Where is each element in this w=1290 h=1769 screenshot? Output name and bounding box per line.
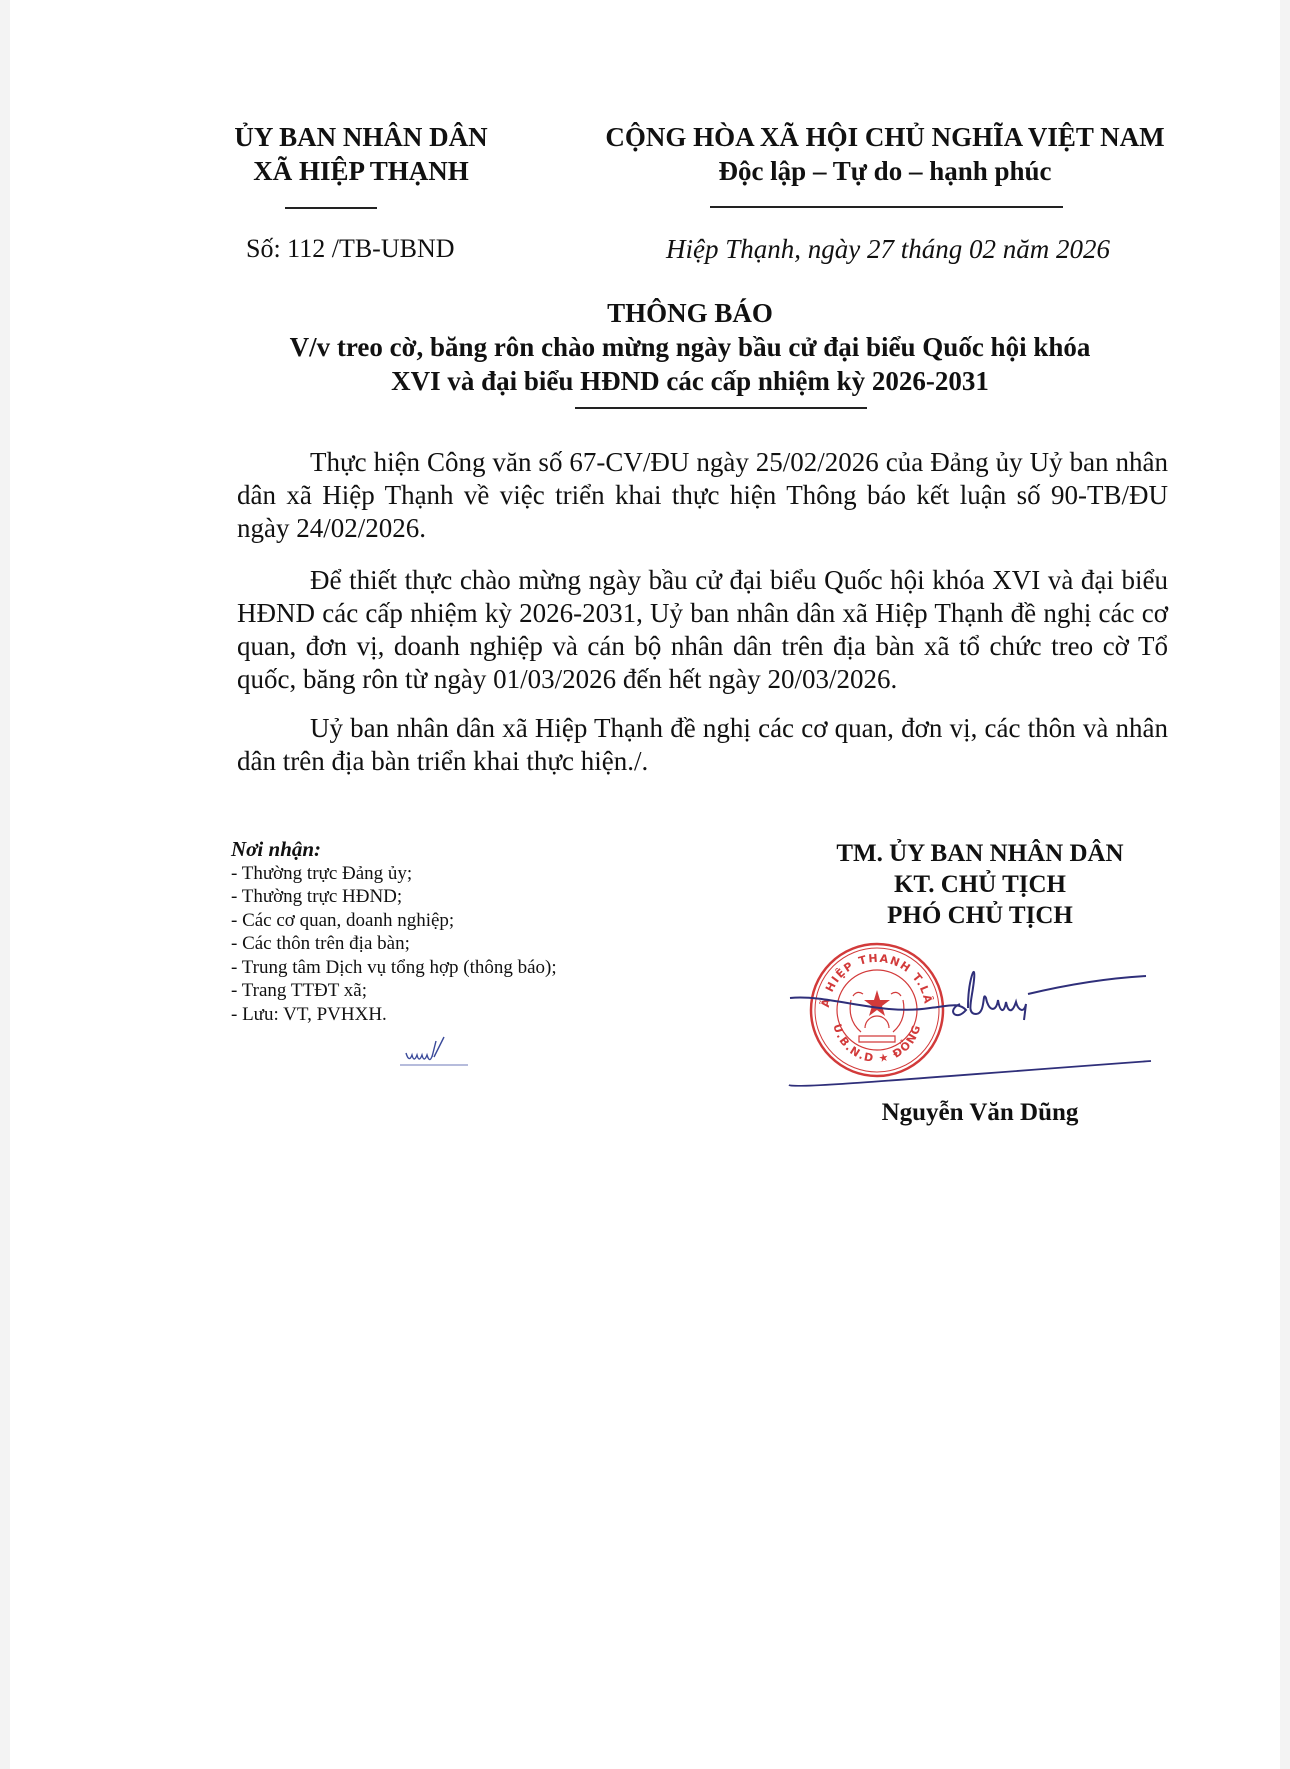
motto-underline (710, 206, 1063, 208)
recipient-item: - Các thôn trên địa bàn; (231, 932, 557, 956)
recipient-item: - Trung tâm Dịch vụ tổng hợp (thông báo)… (231, 956, 557, 980)
signature-title-3: PHÓ CHỦ TỊCH (780, 900, 1180, 931)
national-motto: CỘNG HÒA XÃ HỘI CHỦ NGHĨA VIỆT NAM Độc l… (585, 120, 1185, 188)
agency-line-2: XÃ HIỆP THẠNH (216, 154, 506, 188)
signature-title-2: KT. CHỦ TỊCH (780, 869, 1180, 900)
signature-line-icon (785, 1055, 1165, 1095)
document-page: ỦY BAN NHÂN DÂN XÃ HIỆP THẠNH CỘNG HÒA X… (10, 0, 1280, 1769)
motto: Độc lập – Tự do – hạnh phúc (585, 154, 1185, 188)
agency-line-1: ỦY BAN NHÂN DÂN (216, 120, 506, 154)
place-date: Hiệp Thạnh, ngày 27 tháng 02 năm 2026 (666, 232, 1110, 266)
recipient-item: - Thường trực HĐND; (231, 885, 557, 909)
body-paragraph-1: Thực hiện Công văn số 67-CV/ĐU ngày 25/0… (237, 446, 1168, 545)
body-paragraph-2: Để thiết thực chào mừng ngày bầu cử đại … (237, 564, 1168, 696)
subject-line-1: V/v treo cờ, băng rôn chào mừng ngày bầu… (210, 330, 1170, 364)
recipient-item: - Trang TTĐT xã; (231, 979, 557, 1003)
recipient-item: - Lưu: VT, PVHXH. (231, 1003, 557, 1027)
document-number: Số: 112 /TB-UBND (246, 232, 455, 266)
recipients-block: Nơi nhận: - Thường trực Đảng ủy; - Thườn… (231, 838, 557, 1026)
subject-line-2: XVI và đại biểu HĐND các cấp nhiệm kỳ 20… (210, 364, 1170, 398)
signature-icon (790, 950, 1150, 1040)
body-paragraph-3: Uỷ ban nhân dân xã Hiệp Thạnh đề nghị cá… (237, 712, 1168, 778)
agency-name: ỦY BAN NHÂN DÂN XÃ HIỆP THẠNH (216, 120, 506, 188)
paragraph-text: Uỷ ban nhân dân xã Hiệp Thạnh đề nghị cá… (237, 712, 1168, 778)
recipients-label: Nơi nhận: (231, 838, 557, 862)
paragraph-text: Để thiết thực chào mừng ngày bầu cử đại … (237, 564, 1168, 696)
country-name: CỘNG HÒA XÃ HỘI CHỦ NGHĨA VIỆT NAM (585, 120, 1185, 154)
title-underline (575, 407, 867, 409)
signature-title-1: TM. ỦY BAN NHÂN DÂN (780, 838, 1180, 869)
title-heading: THÔNG BÁO (210, 296, 1170, 330)
recipient-item: - Các cơ quan, doanh nghiệp; (231, 909, 557, 933)
initials-mark-icon (398, 1035, 478, 1075)
agency-underline (285, 207, 377, 209)
paragraph-text: Thực hiện Công văn số 67-CV/ĐU ngày 25/0… (237, 446, 1168, 545)
document-title: THÔNG BÁO V/v treo cờ, băng rôn chào mừn… (210, 296, 1170, 398)
recipient-item: - Thường trực Đảng ủy; (231, 862, 557, 886)
signer-name: Nguyễn Văn Dũng (780, 1097, 1180, 1128)
signature-block: TM. ỦY BAN NHÂN DÂN KT. CHỦ TỊCH PHÓ CHỦ… (780, 838, 1180, 931)
